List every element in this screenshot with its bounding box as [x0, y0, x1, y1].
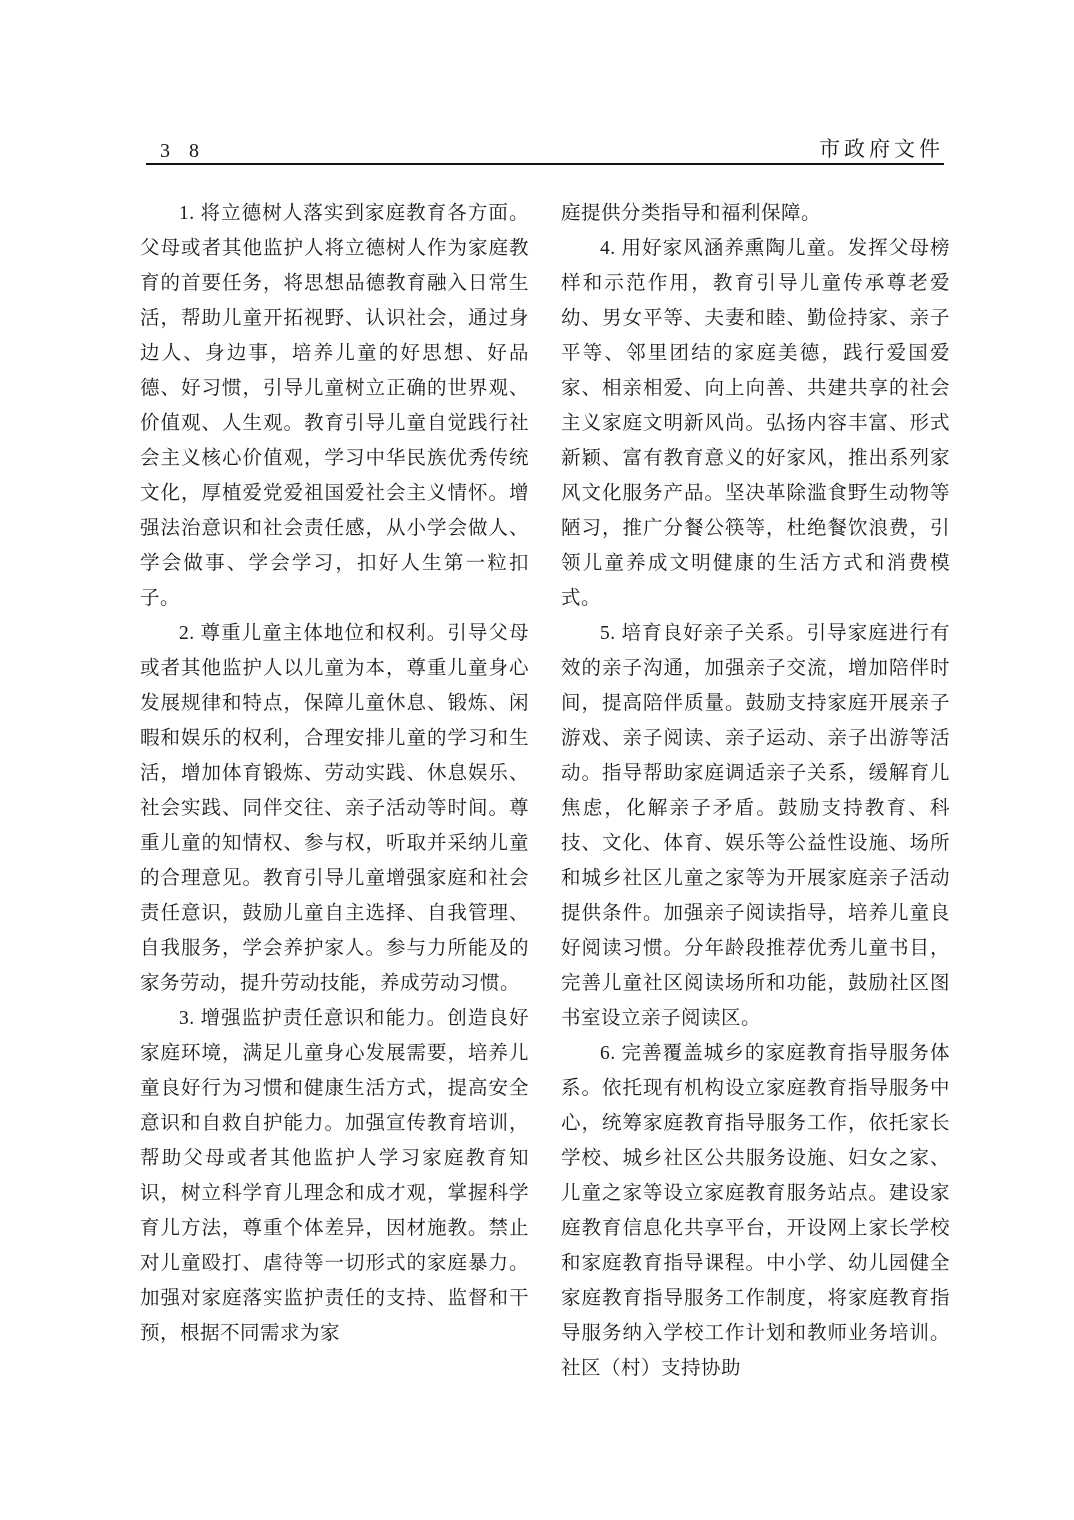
left-column: 1. 将立德树人落实到家庭教育各方面。父母或者其他监护人将立德树人作为家庭教育的… [140, 196, 529, 1386]
paragraph-2: 2. 尊重儿童主体地位和权利。引导父母或者其他监护人以儿童为本，尊重儿童身心发展… [140, 616, 529, 1001]
paragraph-6: 6. 完善覆盖城乡的家庭教育指导服务体系。依托现有机构设立家庭教育指导服务中心，… [561, 1036, 950, 1386]
paragraph-3: 3. 增强监护责任意识和能力。创造良好家庭环境，满足儿童身心发展需要，培养儿童良… [140, 1001, 529, 1351]
header-rule [146, 163, 944, 165]
page-number: 3 8 [146, 140, 206, 163]
paragraph-4: 4. 用好家风涵养熏陶儿童。发挥父母榜样和示范作用，教育引导儿童传承尊老爱幼、男… [561, 231, 950, 616]
paragraph-3-continuation: 庭提供分类指导和福利保障。 [561, 196, 950, 231]
paragraph-1: 1. 将立德树人落实到家庭教育各方面。父母或者其他监护人将立德树人作为家庭教育的… [140, 196, 529, 616]
document-page: 3 8 市政府文件 1. 将立德树人落实到家庭教育各方面。父母或者其他监护人将立… [0, 0, 1074, 1520]
page-header: 3 8 市政府文件 [146, 133, 944, 163]
header-doc-label: 市政府文件 [819, 133, 944, 163]
document-body: 1. 将立德树人落实到家庭教育各方面。父母或者其他监护人将立德树人作为家庭教育的… [140, 196, 950, 1386]
paragraph-5: 5. 培育良好亲子关系。引导家庭进行有效的亲子沟通，加强亲子交流，增加陪伴时间，… [561, 616, 950, 1036]
right-column: 庭提供分类指导和福利保障。 4. 用好家风涵养熏陶儿童。发挥父母榜样和示范作用，… [561, 196, 950, 1386]
